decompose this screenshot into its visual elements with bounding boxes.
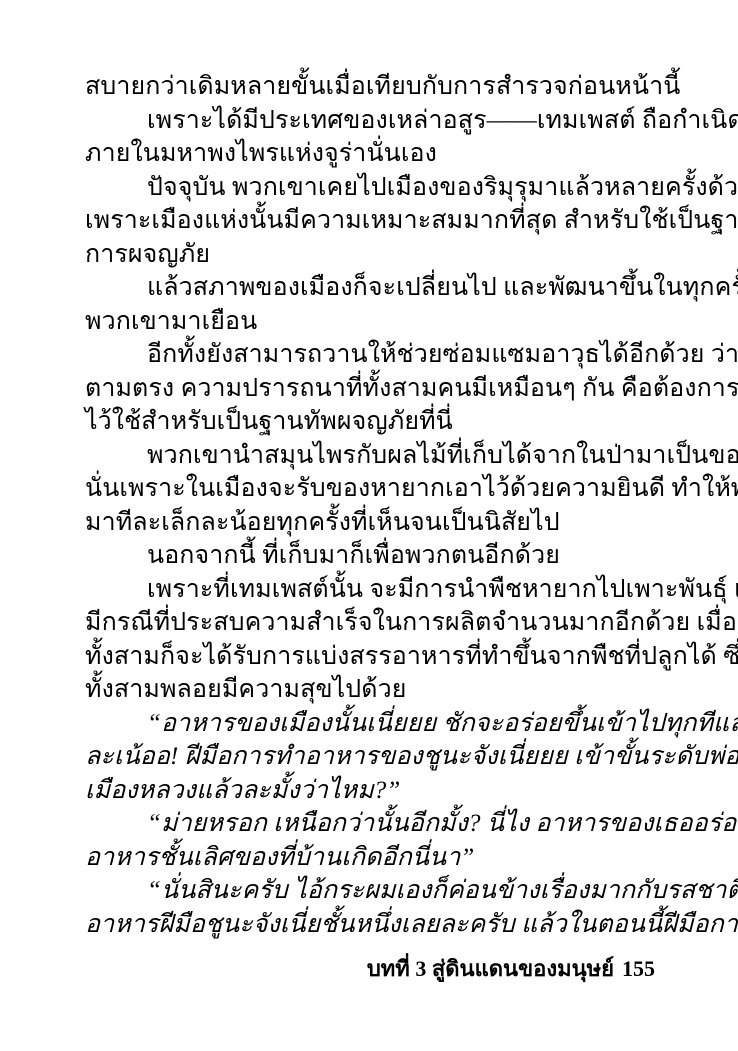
- book-page: สบายกว่าเดิมหลายขั้นเมื่อเทียบกับการสำรว…: [0, 0, 738, 1051]
- dialogue-line: อาหารฝีมือชูนะจังเนี่ยชั้นหนึ่งเลยละครับ…: [85, 908, 657, 942]
- dialogue-line: “นั่นสินะครับ ไอ้กระผมเองก็ค่อนข้างเรื่อ…: [85, 874, 657, 908]
- text-line: เพราะที่เทมเพสต์นั้น จะมีการนำพืชหายากไป…: [85, 573, 657, 607]
- text-line: พวกเขานำสมุนไพรกับผลไม้ที่เก็บได้จากในป่…: [85, 439, 657, 473]
- text-line: นั่นเพราะในเมืองจะรับของหายากเอาไว้ด้วยค…: [85, 472, 657, 506]
- text-line: มาทีละเล็กละน้อยทุกครั้งที่เห็นจนเป็นนิส…: [85, 506, 657, 540]
- text-line: สบายกว่าเดิมหลายขั้นเมื่อเทียบกับการสำรว…: [85, 70, 657, 104]
- page-body: สบายกว่าเดิมหลายขั้นเมื่อเทียบกับการสำรว…: [85, 70, 657, 941]
- dialogue-line: ละเน้ออ! ฝีมือการทำอาหารของชูนะจังเนี่ยย…: [85, 740, 657, 774]
- text-line: อีกทั้งยังสามารถวานให้ช่วยซ่อมแซมอาวุธได…: [85, 338, 657, 372]
- text-line: มีกรณีที่ประสบความสำเร็จในการผลิตจำนวนมา…: [85, 606, 657, 640]
- text-line: ภายในมหาพงไพรแห่งจูร่านั่นเอง: [85, 137, 657, 171]
- text-line: การผจญภัย: [85, 238, 657, 272]
- text-line: ทั้งสามก็จะได้รับการแบ่งสรรอาหารที่ทำขึ้…: [85, 640, 657, 674]
- text-line: ไว้ใช้สำหรับเป็นฐานทัพผจญภัยที่นี่: [85, 405, 657, 439]
- dialogue-line: เมืองหลวงแล้วละมั้งว่าไหม?”: [85, 774, 657, 808]
- page-number: 155: [622, 956, 655, 981]
- text-line: เพราะเมืองแห่งนั้นมีความเหมาะสมมากที่สุด…: [85, 204, 657, 238]
- dialogue-line: “ม่ายหรอก เหนือกว่านั้นอีกมั้ง? นี่ไง อา…: [85, 807, 657, 841]
- page-footer: บทที่ 3 สู่ดินแดนของมนุษย์155: [367, 951, 655, 986]
- text-line: นอกจากนี้ ที่เก็บมาก็เพื่อพวกตนอีกด้วย: [85, 539, 657, 573]
- text-line: พวกเขามาเยือน: [85, 305, 657, 339]
- text-line: ตามตรง ความปรารถนาที่ทั้งสามคนมีเหมือนๆ …: [85, 372, 657, 406]
- text-line: ทั้งสามพลอยมีความสุขไปด้วย: [85, 673, 657, 707]
- text-line: ปัจจุบัน พวกเขาเคยไปเมืองของริมุรุมาแล้ว…: [85, 171, 657, 205]
- text-line: แล้วสภาพของเมืองก็จะเปลี่ยนไป และพัฒนาขึ…: [85, 271, 657, 305]
- text-line: เพราะได้มีประเทศของเหล่าอสูร——เทมเพสต์ ถ…: [85, 104, 657, 138]
- chapter-title: บทที่ 3 สู่ดินแดนของมนุษย์: [367, 956, 614, 981]
- dialogue-line: อาหารชั้นเลิศของที่บ้านเกิดอีกนี่นา”: [85, 841, 657, 875]
- dialogue-line: “อาหารของเมืองนั้นเนี่ยยย ชักจะอร่อยขึ้น…: [85, 707, 657, 741]
